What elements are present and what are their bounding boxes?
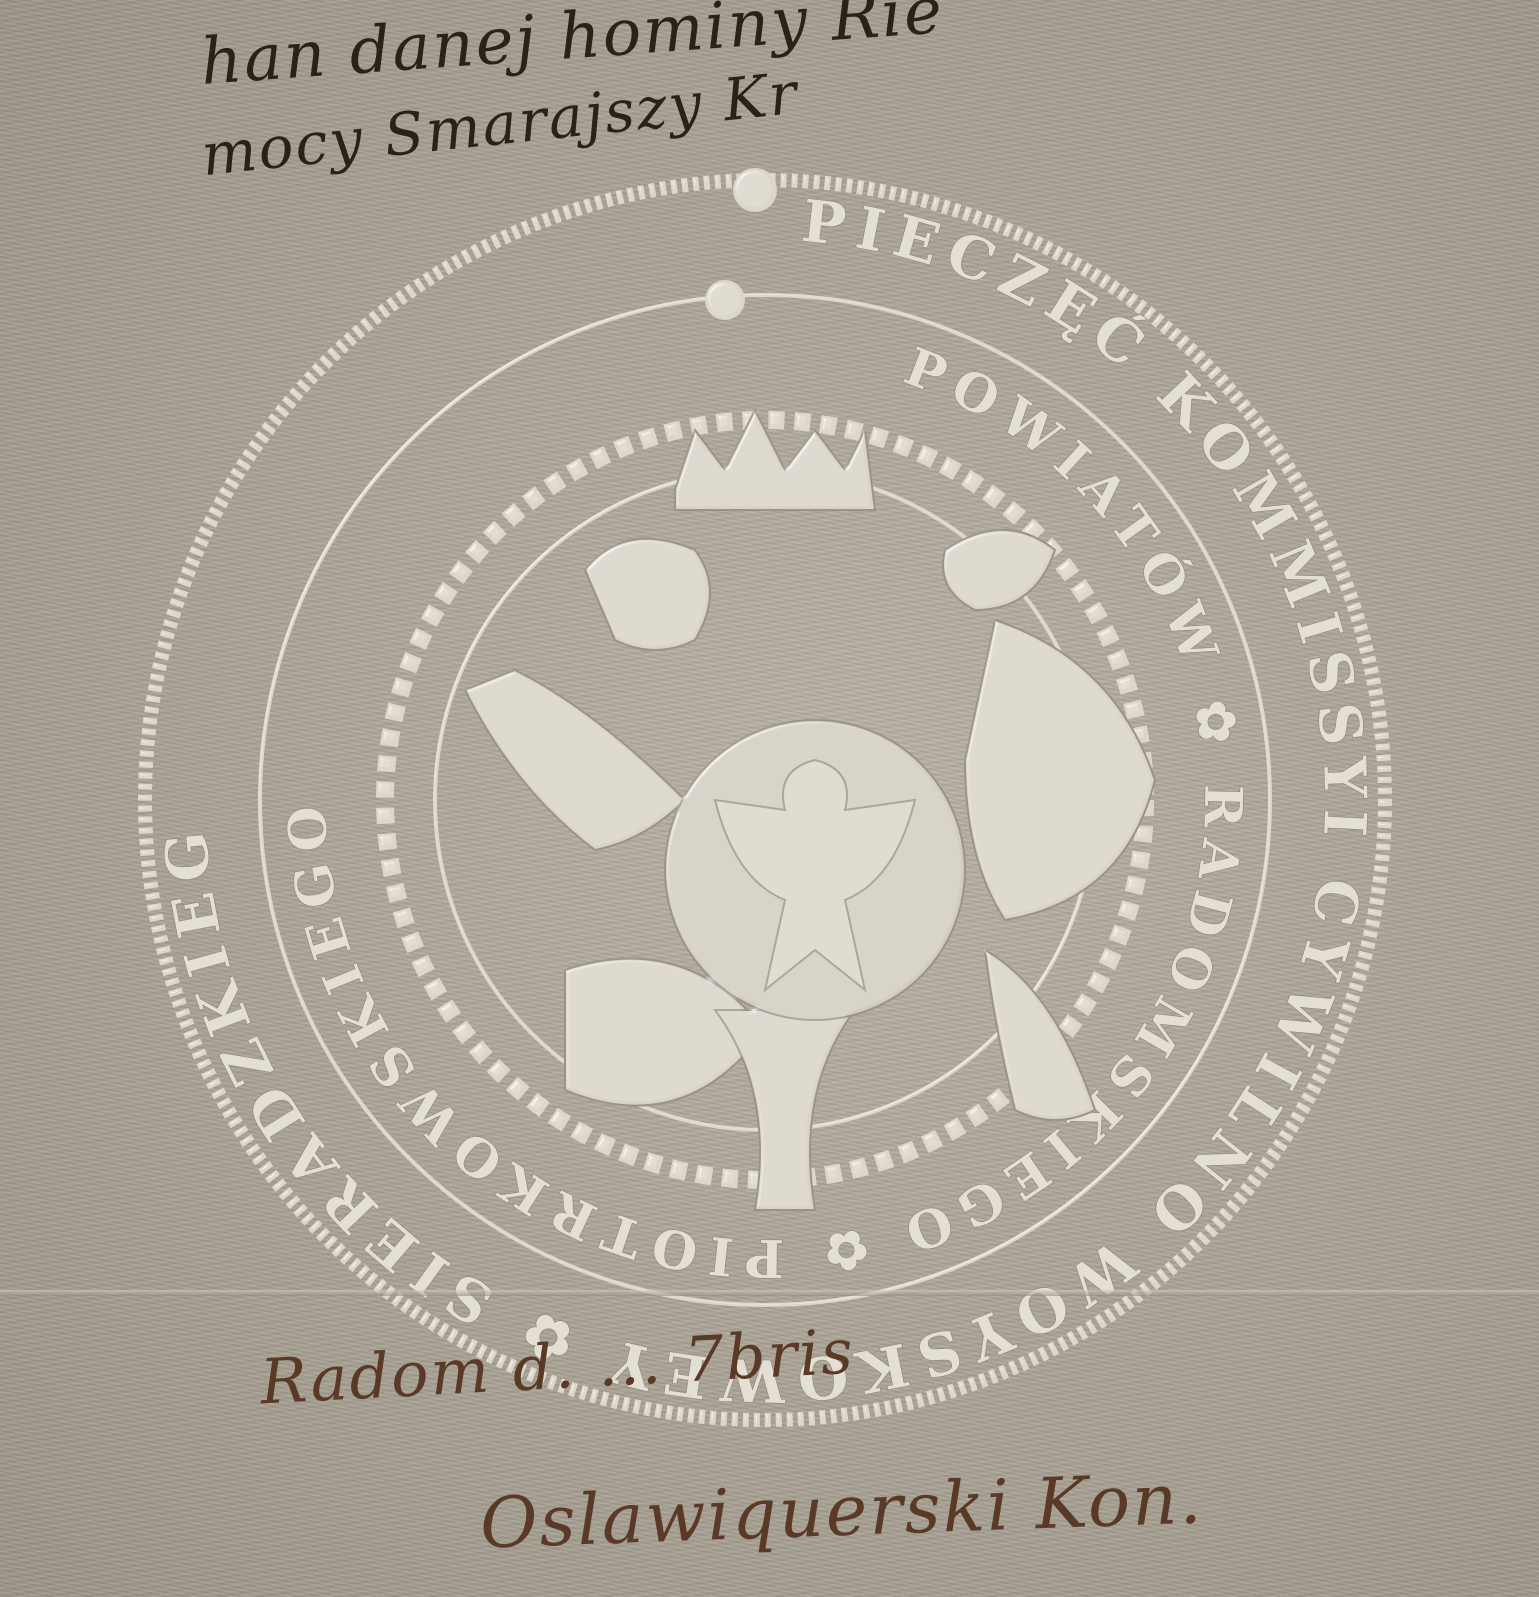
eagle-emblem-icon (465, 410, 1155, 1210)
rosette-icon (705, 168, 777, 320)
handwriting-signature: Oslawiquerski Kon. (479, 1457, 1205, 1564)
embossed-seal: PIECZĘĆ KOMMISSYI CYWILNO WOYSKOWEY ✿ SI… (115, 150, 1415, 1450)
document-sheet: han danej hominy Rie mocy Smarajszy Kr (0, 0, 1539, 1597)
paper-fold-crease (0, 1290, 1539, 1296)
